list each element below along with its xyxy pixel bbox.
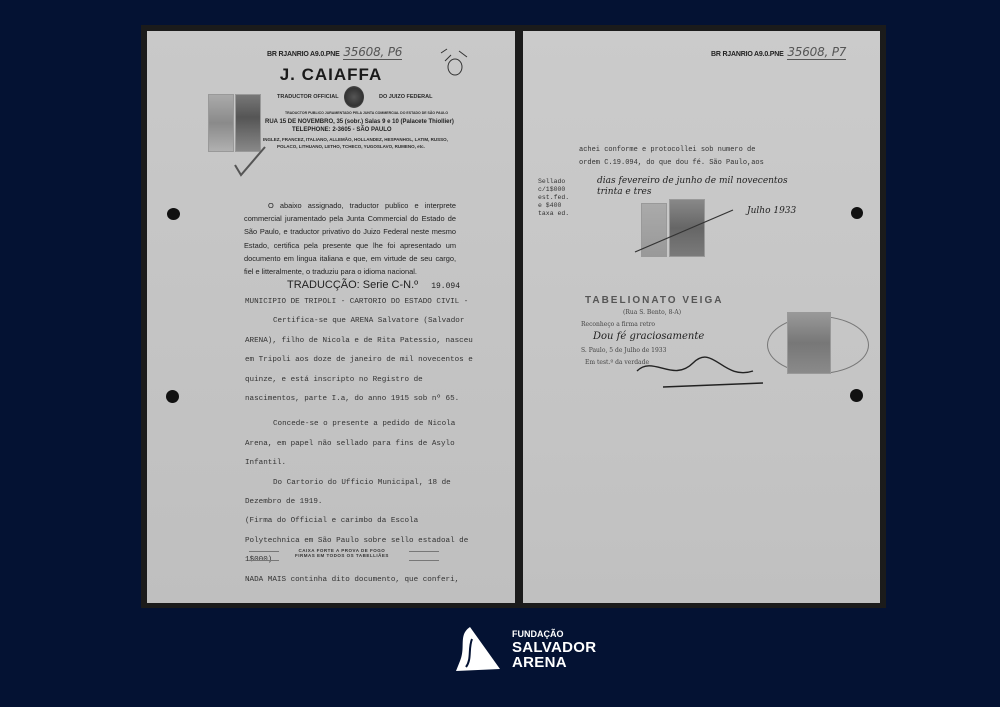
logo-line-3: ARENA (512, 655, 596, 670)
coat-of-arms-icon (344, 86, 364, 108)
typed-paragraph: Concede-se o presente a pedido de Nicola… (245, 415, 475, 473)
translation-heading-label: TRADUCÇÃO: Serie C-N.º (287, 279, 418, 291)
footer-line-2: FIRMAS EM TODOS OS TABELLIÃES (295, 553, 389, 558)
margin-note: Sellado c/1$000 est.fed. e $400 taxa ed. (538, 178, 569, 218)
translator-subtitle: TRADUCTOR PUBLICO JURAMENTADO PELA JUNTA… (285, 111, 448, 115)
stamp-cancellation-stroke-icon (633, 206, 743, 256)
translation-heading: TRADUCÇÃO: Serie C-N.º 19.094 (287, 279, 460, 291)
notary-heading: TABELIONATO VEIGA (585, 295, 723, 306)
translator-role-left: TRADUCTOR OFFICIAL (277, 94, 339, 100)
typed-paragraph: MUNICIPIO DE TRIPOLI - CARTORIO DO ESTAD… (245, 293, 475, 312)
punch-hole (850, 389, 863, 402)
fiscal-stamp (787, 312, 831, 374)
punch-hole (851, 207, 863, 219)
archive-ref-handwritten: 35608, P7 (787, 45, 846, 60)
typed-translation: MUNICIPIO DE TRIPOLI - CARTORIO DO ESTAD… (245, 293, 475, 590)
checkmark-icon (233, 143, 269, 179)
handwritten-date: dias fevereiro de junho de mil novecento… (597, 176, 797, 198)
footer-rule-right (409, 551, 439, 561)
footer-rule-left (249, 551, 279, 561)
margin-note-line: est.fed. (538, 194, 569, 202)
notary-address: (Rua S. Bento, 8-A) (623, 309, 681, 316)
notary-signature-icon (633, 353, 773, 393)
typed-paragraph: NADA MAIS continha dito documento, que c… (245, 571, 475, 590)
footer-note: CAIXA FORTE A PROVA DE FOGO FIRMAS EM TO… (295, 548, 389, 558)
fundacao-salvador-arena-logo: FUNDAÇÃO SALVADOR ARENA (452, 625, 596, 673)
translation-number: 19.094 (431, 282, 460, 291)
logo-line-1: FUNDAÇÃO (512, 629, 596, 640)
translator-name: J. CAIAFFA (147, 65, 515, 85)
typed-paragraph: (Firma do Official e carimbo da Escola P… (245, 512, 475, 570)
typed-line: achei conforme e protocollei sob numero … (579, 144, 764, 157)
archive-ref-label: BR RJANRIO A9.0.PNE (711, 51, 784, 58)
certification-text: O abaixo assignado, traductor publico e … (244, 199, 456, 278)
punch-hole (167, 208, 180, 220)
typed-line: ordem C.19.094, do que dou fé. São Paulo… (579, 157, 764, 170)
archive-reference: BR RJANRIO A9.0.PNE 35608, P7 (711, 45, 846, 59)
translator-role-right: DO JUIZO FEDERAL (379, 94, 432, 100)
archive-ref-label: BR RJANRIO A9.0.PNE (267, 51, 340, 58)
fiscal-stamp (208, 94, 234, 152)
archive-ref-handwritten: 35608, P6 (343, 45, 402, 60)
address-line-2: TELEPHONE: 2-3605 - SÃO PAULO (292, 127, 392, 133)
handwritten-month-year: Julho 1933 (747, 206, 796, 216)
left-page: BR RJANRIO A9.0.PNE 35608, P6 J. CAIAFFA… (147, 31, 515, 603)
typed-paragraph: Do Cartorio do Ufficio Municipal, 18 de … (245, 474, 475, 513)
notary-recognition: Reconheço a firma retro (581, 321, 655, 328)
margin-note-line: e $400 (538, 202, 569, 210)
languages-line-2: POLACO, LITHUANO, LETHO, TCHECO, YUGOSLA… (277, 144, 425, 149)
typed-text: achei conforme e protocollei sob numero … (579, 144, 764, 170)
margin-note-line: taxa ed. (538, 210, 569, 218)
languages-line-1: INGLEZ, FRANCEZ, ITALIANO, ALLEMÃO, HOLL… (263, 137, 448, 142)
right-page: BR RJANRIO A9.0.PNE 35608, P7 achei conf… (523, 31, 880, 603)
archive-reference: BR RJANRIO A9.0.PNE 35608, P6 (267, 45, 402, 59)
margin-note-line: Sellado (538, 178, 569, 186)
document-scan: BR RJANRIO A9.0.PNE 35608, P6 J. CAIAFFA… (141, 25, 886, 608)
margin-note-line: c/1$000 (538, 186, 569, 194)
punch-hole (166, 390, 179, 403)
notary-signature-label: Dou fé graciosamente (593, 331, 704, 342)
typed-paragraph: Certifica-se que ARENA Salvatore (Salvad… (245, 312, 475, 409)
address-line-1: RUA 15 DE NOVEMBRO, 35 (sobr.) Salas 9 e… (265, 119, 454, 125)
sail-icon (452, 625, 504, 673)
logo-line-2: SALVADOR (512, 640, 596, 655)
